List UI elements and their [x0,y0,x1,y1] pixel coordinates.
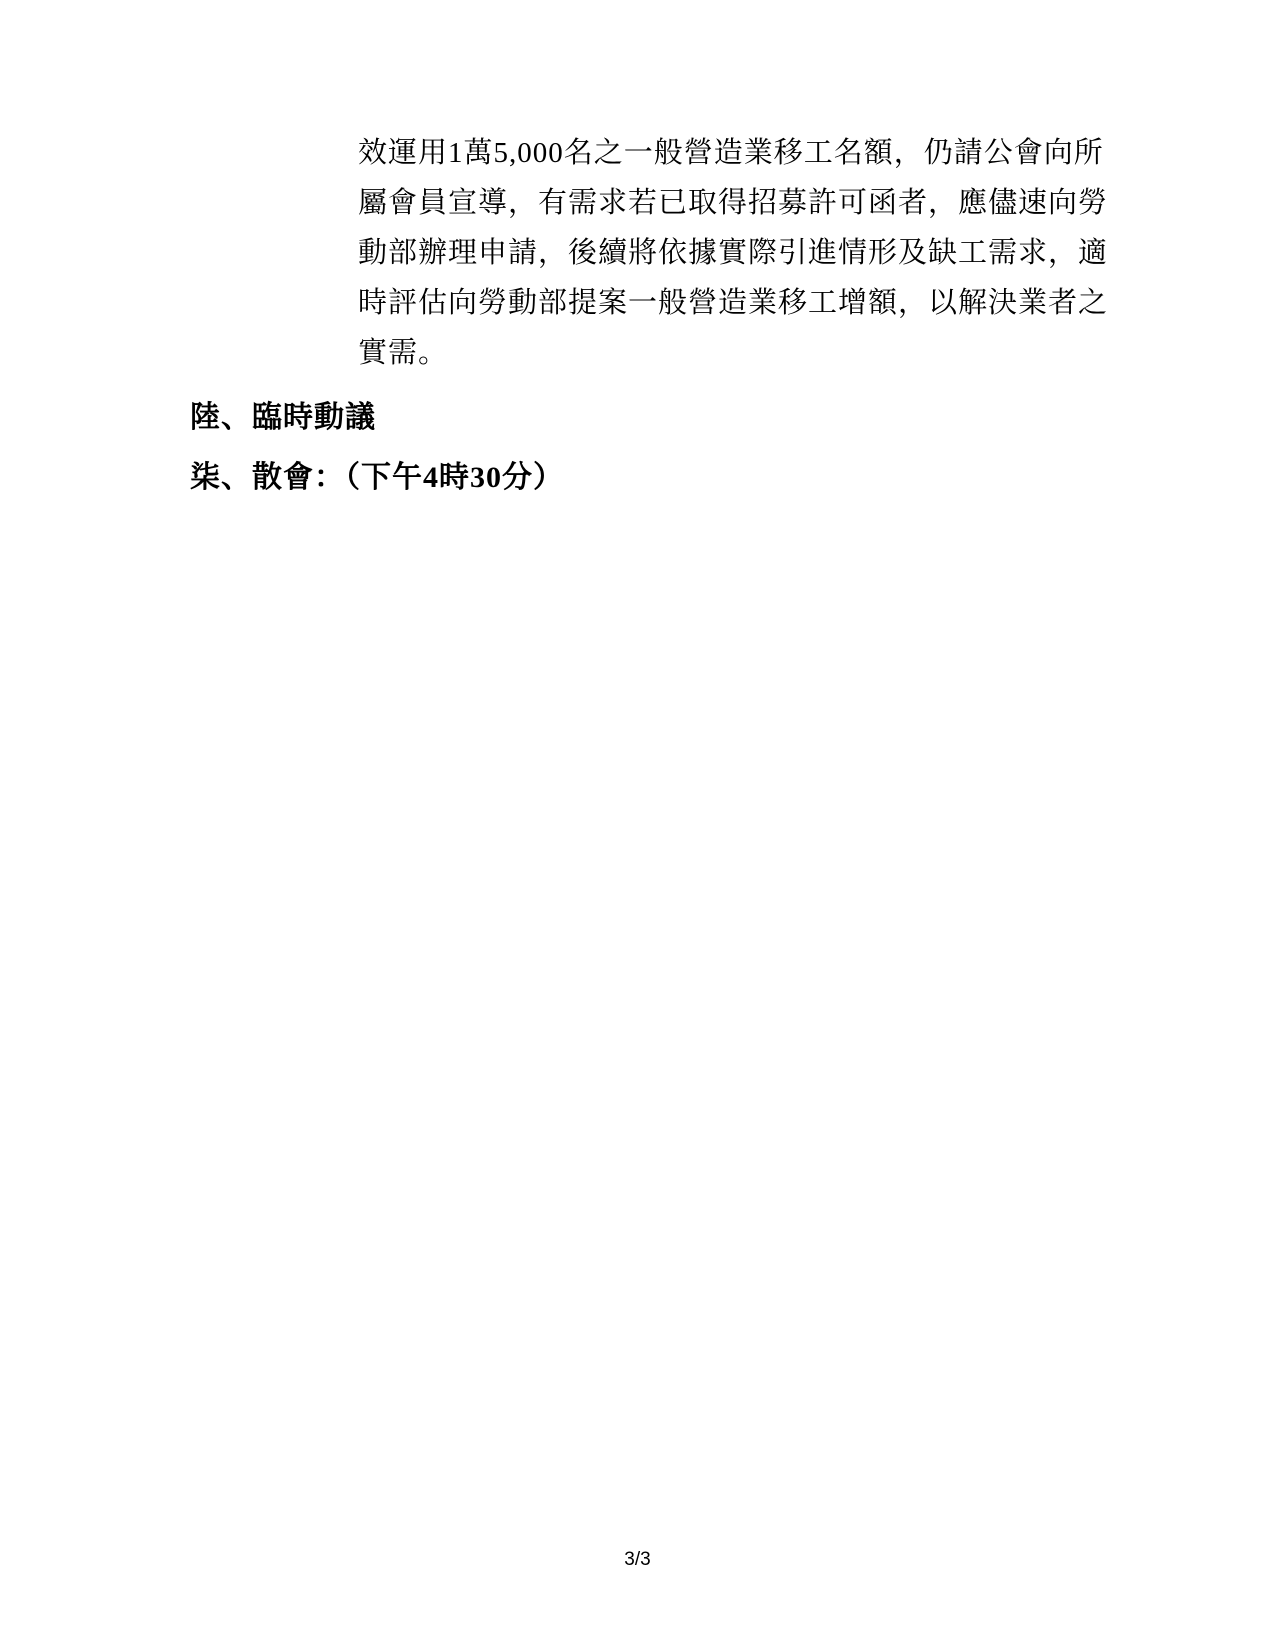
paragraph-line: 時評估向勞動部提案一般營造業移工增額，以解決業者之 [358,278,1098,328]
body-paragraph: 效運用1萬5,000名之一般營造業移工名額，仍請公會向所 屬會員宣導，有需求若已… [358,128,1098,378]
paragraph-line: 動部辦理申請，後續將依據實際引進情形及缺工需求，適 [358,228,1098,278]
section-heading-extempore-motions: 陸、臨時動議 [190,398,376,438]
paragraph-line: 效運用1萬5,000名之一般營造業移工名額，仍請公會向所 [358,128,1098,178]
section-heading-adjournment: 柒、散會：（下午4時30分） [190,458,564,498]
document-page: 效運用1萬5,000名之一般營造業移工名額，仍請公會向所 屬會員宣導，有需求若已… [0,0,1275,1650]
page-number: 3/3 [0,1548,1275,1572]
paragraph-line: 實需。 [358,328,1098,378]
paragraph-line: 屬會員宣導，有需求若已取得招募許可函者，應儘速向勞 [358,178,1098,228]
